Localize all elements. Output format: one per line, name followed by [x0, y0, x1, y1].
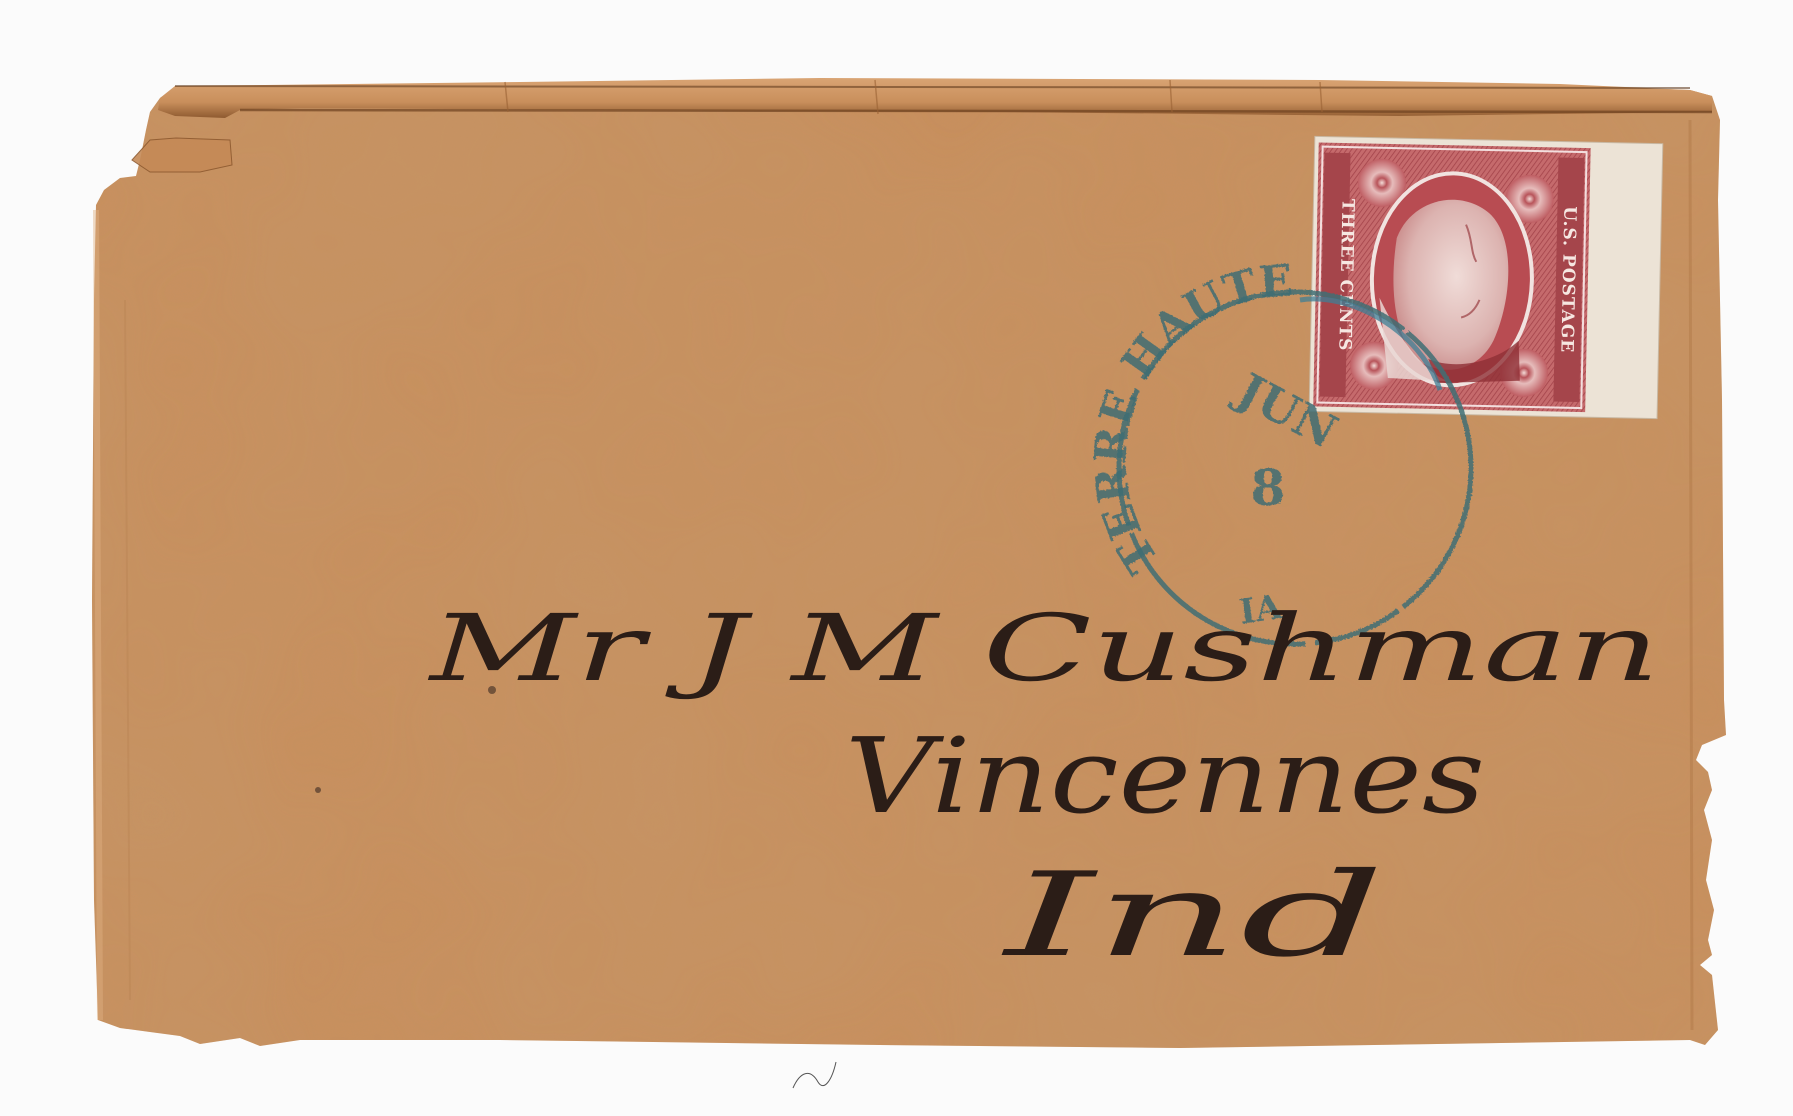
- address-block: Mr J M Cushman Vincennes Ind: [0, 0, 1793, 1116]
- scanned-cover: THREE CENTS U.S. POSTAGE TERRE HAUTE: [0, 0, 1793, 1116]
- address-line-state: Ind: [1001, 848, 1385, 983]
- address-line-city: Vincennes: [845, 715, 1485, 837]
- ink-speck: [315, 787, 321, 793]
- address-line-name: Mr J M Cushman: [427, 595, 1660, 702]
- ink-speck: [488, 686, 496, 694]
